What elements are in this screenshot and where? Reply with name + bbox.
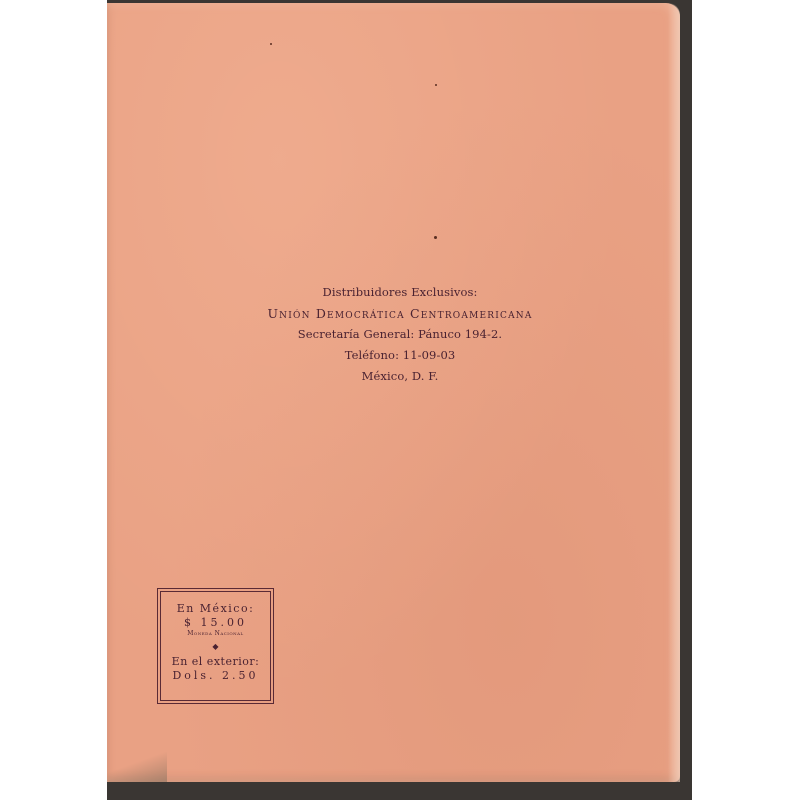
secretariat-address: Secretaría General: Pánuco 194-2.	[240, 324, 560, 345]
price-box: En México: $ 15.00 Moneda Nacional ◆ En …	[157, 588, 274, 704]
cover-wear-mark	[107, 752, 167, 782]
paper-speck	[434, 236, 437, 239]
city: México, D. F.	[240, 366, 560, 387]
foreign-label: En el exterior:	[161, 655, 270, 669]
paper-speck	[435, 84, 437, 86]
organization-name: Unión Democrática Centroamericana	[240, 303, 560, 324]
phone-number: Teléfono: 11-09-03	[240, 345, 560, 366]
domestic-currency: Moneda Nacional	[161, 629, 270, 638]
diamond-ornament-icon: ◆	[161, 639, 270, 655]
paper-speck	[270, 43, 272, 45]
cover-edge-highlight	[668, 3, 680, 782]
domestic-price: $ 15.00	[161, 616, 270, 629]
domestic-label: En México:	[161, 602, 270, 616]
price-box-inner: En México: $ 15.00 Moneda Nacional ◆ En …	[160, 591, 271, 701]
publisher-imprint: Distribuidores Exclusivos: Unión Democrá…	[240, 282, 560, 387]
foreign-price: Dols. 2.50	[161, 669, 270, 683]
distributors-label: Distribuidores Exclusivos:	[240, 282, 560, 303]
